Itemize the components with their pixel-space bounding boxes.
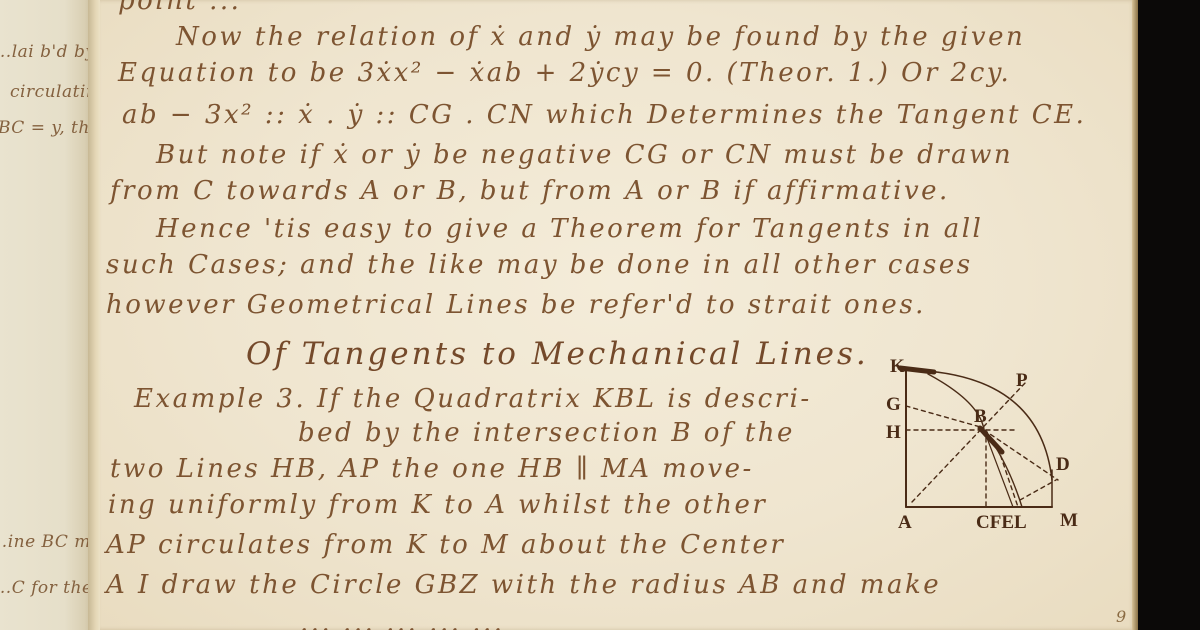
text-line-15: AP circulates from K to M about the Cent… — [106, 530, 785, 560]
left-facing-page: ...lai b'd by the circulating BC = y, th… — [0, 0, 92, 630]
text-line-3: Equation to be 3ẋx² − ẋab + 2ẏcy = 0. (T… — [118, 58, 1011, 88]
margin-text-line: ...ine BC mov... — [0, 532, 92, 552]
text-line-5: But note if ẋ or ẏ be negative CG or CN … — [156, 140, 1013, 170]
page-number-fragment: 9 — [1116, 607, 1126, 626]
margin-text-line: ...lai b'd by the — [0, 42, 92, 62]
margin-text-line: circulating — [10, 82, 92, 102]
text-line-13: two Lines HB, AP the one HB ∥ MA move- — [110, 454, 754, 484]
section-heading: Of Tangents to Mechanical Lines. — [246, 336, 869, 372]
text-line-1: point ... — [118, 0, 241, 16]
margin-text-line: BC = y, then — [0, 118, 92, 138]
label-M: M — [1060, 510, 1078, 531]
text-line-2: Now the relation of ẋ and ẏ may be found… — [176, 22, 1025, 52]
text-line-14: ing uniformly from K to A whilst the oth… — [108, 490, 767, 520]
text-line-8: such Cases; and the like may be done in … — [106, 250, 973, 280]
text-line-17: ... ... ... ... ... — [300, 608, 505, 630]
quadratrix-diagram: K P G B H D A CFEL M — [870, 352, 1110, 542]
text-line-6: from C towards A or B, but from A or B i… — [110, 176, 950, 206]
margin-text-line: ...C for the... — [0, 578, 92, 598]
text-line-12: bed by the intersection B of the — [298, 418, 795, 448]
text-line-16: A I draw the Circle GBZ with the radius … — [106, 570, 941, 600]
label-CFEL: CFEL — [976, 512, 1027, 533]
label-P: P — [1016, 370, 1028, 391]
label-H: H — [886, 422, 901, 443]
text-line-4: ab − 3x² :: ẋ . ẏ :: CG . CN which Deter… — [122, 100, 1086, 130]
label-A: A — [898, 512, 912, 533]
text-line-7: Hence 'tis easy to give a Theorem for Ta… — [156, 214, 983, 244]
label-B: B — [974, 406, 987, 427]
label-K: K — [890, 356, 905, 377]
label-G: G — [886, 394, 901, 415]
label-D: D — [1056, 454, 1070, 475]
page-edge — [1132, 0, 1138, 630]
text-line-11: Example 3. If the Quadratrix KBL is desc… — [134, 384, 812, 414]
text-line-9: however Geometrical Lines be refer'd to … — [106, 290, 926, 320]
